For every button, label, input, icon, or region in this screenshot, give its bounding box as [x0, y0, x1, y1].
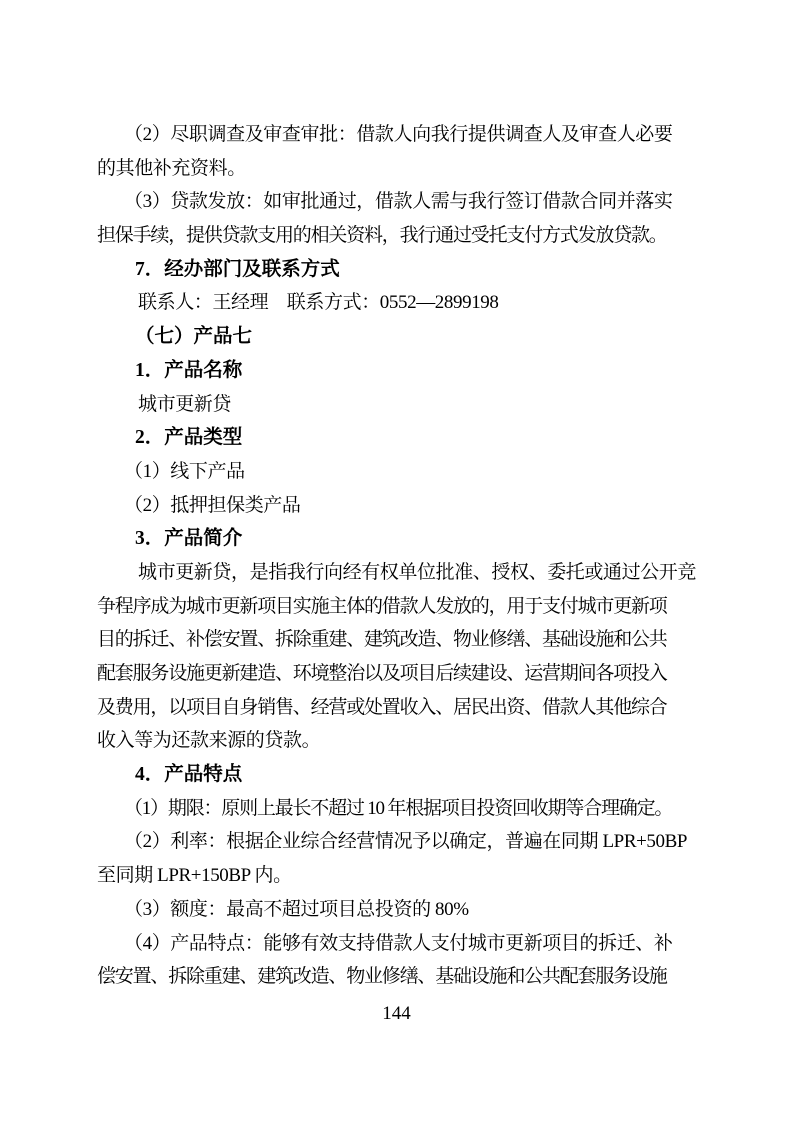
text-line: （4）产品特点：能够有效支持借款人支付城市更新项目的拆迁、补	[97, 927, 693, 961]
text-line: （1）线下产品	[97, 455, 693, 489]
text-line: 及费用，以项目自身销售、经营或处置收入、居民出资、借款人其他综合	[97, 691, 693, 725]
text-line: 至同期 LPR+150BP 内。	[97, 859, 693, 893]
section-heading: 7．经办部门及联系方式	[97, 253, 693, 287]
text-line: 联系人：王经理 联系方式：0552—2899198	[97, 286, 693, 320]
section-heading: 1．产品名称	[97, 354, 693, 388]
text-line: （1）期限：原则上最长不超过 10 年根据项目投资回收期等合理确定。	[97, 792, 693, 826]
text-line: 的其他补充资料。	[97, 152, 693, 186]
text-line: （3）额度：最高不超过项目总投资的 80%	[97, 893, 693, 927]
section-heading: 2．产品类型	[97, 421, 693, 455]
text-line: 偿安置、拆除重建、建筑改造、物业修缮、基础设施和公共配套服务设施	[97, 960, 693, 994]
section-heading: （七）产品七	[97, 320, 693, 354]
text-line: 城市更新贷，是指我行向经有权单位批准、授权、委托或通过公开竞	[97, 556, 693, 590]
text-line: 收入等为还款来源的贷款。	[97, 724, 693, 758]
text-line: （3）贷款发放：如审批通过，借款人需与我行签订借款合同并落实	[97, 185, 693, 219]
section-heading: 4．产品特点	[97, 758, 693, 792]
text-line: （2）利率：根据企业综合经营情况予以确定，普遍在同期 LPR+50BP	[97, 825, 693, 859]
text-line: 配套服务设施更新建造、环境整治以及项目后续建设、运营期间各项投入	[97, 657, 693, 691]
page-number: 144	[0, 1002, 793, 1026]
document-body: （2）尽职调查及审查审批：借款人向我行提供调查人及审查人必要的其他补充资料。（3…	[97, 118, 693, 994]
text-line: （2）抵押担保类产品	[97, 489, 693, 523]
text-line: （2）尽职调查及审查审批：借款人向我行提供调查人及审查人必要	[97, 118, 693, 152]
text-line: 目的拆迁、补偿安置、拆除重建、建筑改造、物业修缮、基础设施和公共	[97, 623, 693, 657]
document-page: （2）尽职调查及审查审批：借款人向我行提供调查人及审查人必要的其他补充资料。（3…	[0, 0, 793, 1122]
text-line: 担保手续，提供贷款支用的相关资料，我行通过受托支付方式发放贷款。	[97, 219, 693, 253]
section-heading: 3．产品简介	[97, 522, 693, 556]
text-line: 争程序成为城市更新项目实施主体的借款人发放的，用于支付城市更新项	[97, 590, 693, 624]
text-line: 城市更新贷	[97, 388, 693, 422]
